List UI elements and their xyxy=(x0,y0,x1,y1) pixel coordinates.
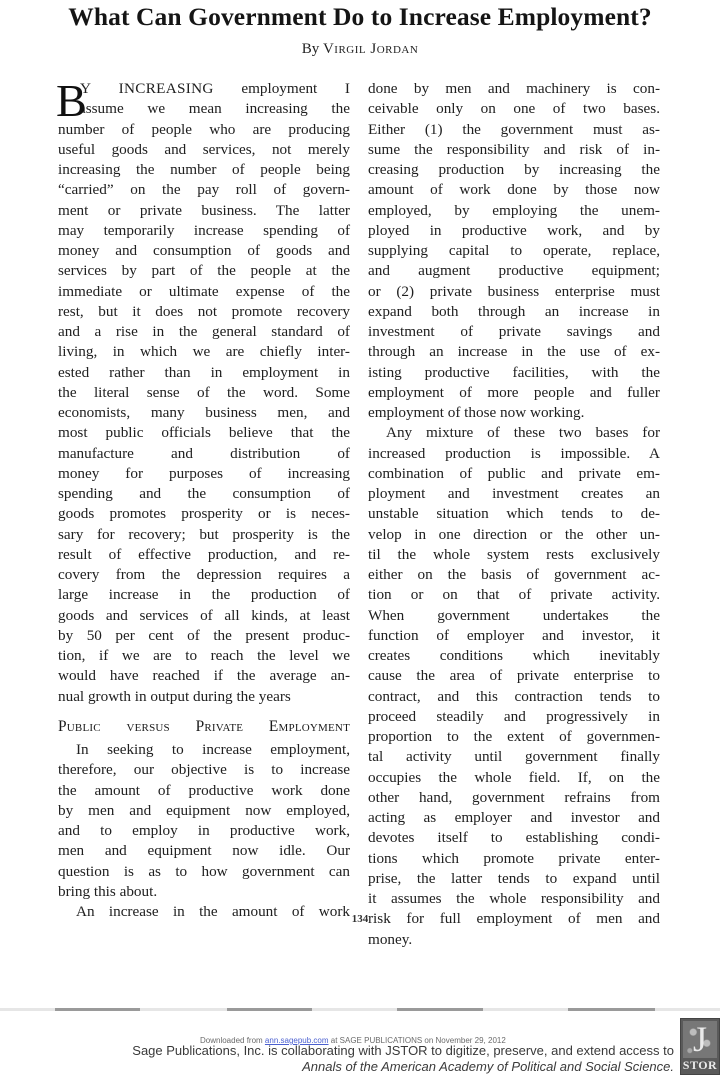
text-line: men and equipment now idle. Our xyxy=(58,841,350,861)
text-line: velop in one direction or the other un- xyxy=(368,525,660,545)
byline: By Virgil Jordan xyxy=(0,41,720,58)
text-line: nual growth in output during the years xyxy=(58,687,350,707)
text-line: “carried” on the pay roll of govern- xyxy=(58,180,350,200)
text-line: Either (1) the government must as- xyxy=(368,120,660,140)
text-line: assume we mean increasing the xyxy=(58,99,350,119)
page-number: 134 xyxy=(0,913,720,925)
text-line: bring this about. xyxy=(58,882,350,902)
footer-divider xyxy=(0,1008,720,1011)
logo-letter: J xyxy=(681,1019,719,1059)
section-heading: Public versus Private Employment xyxy=(58,717,350,737)
logo-word: STOR xyxy=(681,1058,719,1073)
text-line: tion, if we are to reach the level we xyxy=(58,646,350,666)
right-column: done by men and machinery is con- ceivab… xyxy=(368,79,660,950)
text-line: goods and services of all kinds, at leas… xyxy=(58,606,350,626)
text-line: employed, by employing the unem- xyxy=(368,201,660,221)
text-line: supplying capital to operate, replace, xyxy=(368,241,660,261)
text-line: useful goods and services, not merely xyxy=(58,140,350,160)
byline-prefix: By xyxy=(302,41,323,57)
jstor-notice: Sage Publications, Inc. is collaborating… xyxy=(132,1043,674,1058)
text-line: sary for recovery; but prosperity is the xyxy=(58,525,350,545)
text-line: combination of public and private em- xyxy=(368,464,660,484)
text-line: function of employer and investor, it xyxy=(368,626,660,646)
text-line: by 50 per cent of the present produc- xyxy=(58,626,350,646)
text-line: creasing production by increasing the xyxy=(368,160,660,180)
text-line: contract, and this contraction tends to xyxy=(368,687,660,707)
text-line: Any mixture of these two bases for xyxy=(368,423,660,443)
first-line-caps: Y INCREASING xyxy=(80,80,214,97)
text-line: money. xyxy=(368,930,660,950)
text-line: the amount of productive work done xyxy=(58,781,350,801)
text-line: ment or private business. The latter xyxy=(58,201,350,221)
text-line: ployed in productive work, and by xyxy=(368,221,660,241)
text-line: expand both through an increase in xyxy=(368,302,660,322)
text-line: increased production is impossible. A xyxy=(368,444,660,464)
text-line: employment of those now working. xyxy=(368,403,660,423)
journal-name: Annals of the American Academy of Politi… xyxy=(302,1059,674,1074)
text-line: immediate or ultimate expense of the xyxy=(58,282,350,302)
text-line: and a rise in the general standard of xyxy=(58,322,350,342)
first-line-rest: employment I xyxy=(214,80,350,97)
text-line: proportion to the extent of governmen- xyxy=(368,727,660,747)
text-line: either on the basis of government ac- xyxy=(368,565,660,585)
left-column: B Y INCREASING employment I assume we me… xyxy=(58,79,350,922)
text-line: increasing the number of people being xyxy=(58,160,350,180)
text-line: money and consumption of goods and xyxy=(58,241,350,261)
text-line: proceed steadily and progressively in xyxy=(368,707,660,727)
text-line: or (2) private business enterprise must xyxy=(368,282,660,302)
text-line: and augment productive equipment; xyxy=(368,261,660,281)
text-line: ployment and investment creates an xyxy=(368,484,660,504)
text-line: unstable situation which tends to de- xyxy=(368,504,660,524)
text-line: employment of more people and fuller xyxy=(368,383,660,403)
first-line: Y INCREASING employment I xyxy=(58,79,350,99)
text-line: the literal sense of the word. Some xyxy=(58,383,350,403)
text-line: it assumes the whole responsibility and xyxy=(368,889,660,909)
text-line: may temporarily increase spending of xyxy=(58,221,350,241)
text-line: economists, many business men, and xyxy=(58,403,350,423)
text-line: would have reached if the average an- xyxy=(58,666,350,686)
text-line: services by part of the people at the xyxy=(58,261,350,281)
text-line: occupies the whole field. If, on the xyxy=(368,768,660,788)
text-line: cause the area of private enterprise to xyxy=(368,666,660,686)
text-line: acting as employer and investor and xyxy=(368,808,660,828)
drop-cap: B xyxy=(56,82,87,120)
text-line: done by men and machinery is con- xyxy=(368,79,660,99)
text-line: question is as to how government can xyxy=(58,862,350,882)
text-line: tion or on that of private activity. xyxy=(368,585,660,605)
text-line: therefore, our objective is to increase xyxy=(58,760,350,780)
text-line: creates conditions which inevitably xyxy=(368,646,660,666)
text-line: tions which promote private enter- xyxy=(368,849,660,869)
jstor-logo-icon[interactable]: J STOR xyxy=(680,1018,720,1075)
text-line: ested rather than in employment in xyxy=(58,363,350,383)
text-line: investment of private savings and xyxy=(368,322,660,342)
text-line: by men and equipment now employed, xyxy=(58,801,350,821)
article-title: What Can Government Do to Increase Emplo… xyxy=(0,2,720,32)
text-line: til the whole system rests exclusively xyxy=(368,545,660,565)
text-line: and to employ in productive work, xyxy=(58,821,350,841)
text-line: goods promotes prosperity or is neces- xyxy=(58,504,350,524)
text-line: prise, the latter tends to expand until xyxy=(368,869,660,889)
text-line: result of effective production, and re- xyxy=(58,545,350,565)
text-line: covery from the depression requires a xyxy=(58,565,350,585)
text-line: devotes itself to establishing condi- xyxy=(368,828,660,848)
text-line: manufacture and distribution of xyxy=(58,444,350,464)
text-line: number of people who are producing xyxy=(58,120,350,140)
text-line: other hand, government refrains from xyxy=(368,788,660,808)
text-line: tal activity until government finally xyxy=(368,747,660,767)
text-line: In seeking to increase employment, xyxy=(58,740,350,760)
text-line: amount of work done by those now xyxy=(368,180,660,200)
text-line: most public officials believe that the xyxy=(58,423,350,443)
text-line: money for purposes of increasing xyxy=(58,464,350,484)
text-line: rest, but it does not promote recovery xyxy=(58,302,350,322)
text-line: large increase in the production of xyxy=(58,585,350,605)
text-line: through an increase in the use of ex- xyxy=(368,342,660,362)
text-line: living, in which we are chiefly inter- xyxy=(58,342,350,362)
author-name: Virgil Jordan xyxy=(323,41,418,57)
text-line: isting productive facilities, with the xyxy=(368,363,660,383)
text-line: sume the responsibility and risk of in- xyxy=(368,140,660,160)
text-line: ceivable only on one of two bases. xyxy=(368,99,660,119)
text-line: spending and the consumption of xyxy=(58,484,350,504)
text-line: When government undertakes the xyxy=(368,606,660,626)
